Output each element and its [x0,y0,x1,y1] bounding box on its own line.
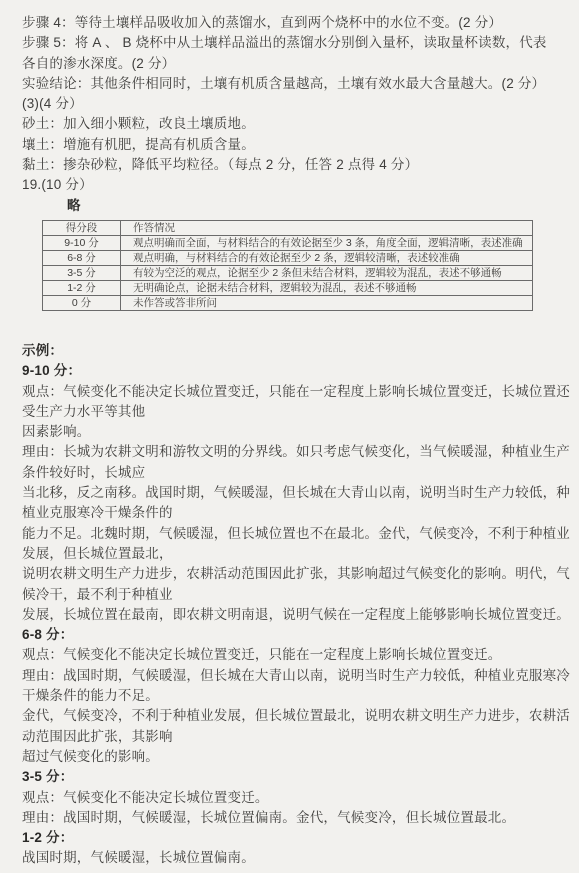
text-line: 壤土：增施有机肥，提高有机质含量。 [22,135,565,155]
text-line: 发展，但长城位置最北， [22,544,565,564]
text-line: 能力不足。北魏时期，气候暖湿，但长城位置也不在最北。金代，气候变冷，不利于种植业 [22,524,565,544]
text-line: 条件较好时，长城应 [22,463,565,483]
text-line: 发展，长城位置在最南，即农耕文明南退，说明气候在一定程度上能够影响长城位置变迁。 [22,605,565,625]
table-header-score-band: 得分段 [43,220,121,235]
table-header-answer-description: 作答情况 [121,220,533,235]
text-line: 受生产力水平等其他 [22,402,565,422]
text-line: 观点：气候变化不能决定长城位置变迁，只能在一定程度上影响长城位置变迁，长城位置还 [22,382,565,402]
table-cell-score-band: 9-10 分 [43,235,121,250]
text-line: 各自的渗水深度。(2 分） [22,54,565,74]
text-line: 示例： [22,341,565,361]
document-page: 步骤 4：等待土壤样品吸收加入的蒸馏水，直到两个烧杯中的水位不变。(2 分）步骤… [0,0,579,873]
text-line: 砂土：加入细小颗粒，改良土壤质地。 [22,114,565,134]
text-line: 理由：长城为农耕文明和游牧文明的分界线。如只考虑气候变化，当气候暖湿，种植业生产 [22,442,565,462]
table-cell-answer-description: 未作答或答非所问 [121,295,533,310]
text-line: 观点：气候变化不能决定长城位置变迁，只能在一定程度上影响长城位置变迁。 [22,645,565,665]
text-line: 1-2 分： [22,828,565,848]
text-line: (3)(4 分） [22,94,565,114]
text-line: 干燥条件的能力不足。 [22,686,565,706]
table-cell-answer-description: 观点明确而全面，与材料结合的有效论据至少 3 条，角度全面，逻辑清晰，表述准确 [121,235,533,250]
text-line: 观点：气候变化不能决定长城位置变迁。 [22,788,565,808]
example-answers-lines: 示例：9-10 分：观点：气候变化不能决定长城位置变迁，只能在一定程度上影响长城… [22,341,565,869]
scoring-rubric-body: 9-10 分观点明确而全面，与材料结合的有效论据至少 3 条，角度全面，逻辑清晰… [43,235,533,310]
table-cell-answer-description: 无明确论点，论据未结合材料，逻辑较为混乱，表述不够通畅 [121,280,533,295]
table-row: 1-2 分无明确论点，论据未结合材料，逻辑较为混乱，表述不够通畅 [43,280,533,295]
text-line: 黏土：掺杂砂粒，降低平均粒径。（每点 2 分，任答 2 点得 4 分） [22,155,565,175]
text-line: 超过气候变化的影响。 [22,747,565,767]
text-line: 步骤 4：等待土壤样品吸收加入的蒸馏水，直到两个烧杯中的水位不变。(2 分） [22,13,565,33]
table-row: 3-5 分有较为空泛的观点，论据至少 2 条但未结合材料，逻辑较为混乱，表述不够… [43,265,533,280]
text-line: 战国时期，气候暖湿，长城位置偏南。 [22,848,565,868]
text-line: 当北移，反之南移。战国时期，气候暖湿，但长城在大青山以南，说明当时生产力较低，种 [22,483,565,503]
text-line: 6-8 分： [22,625,565,645]
answer-key-top-lines: 步骤 4：等待土壤样品吸收加入的蒸馏水，直到两个烧杯中的水位不变。(2 分）步骤… [22,13,565,216]
table-cell-score-band: 1-2 分 [43,280,121,295]
text-line: 步骤 5：将 A 、 B 烧杯中从土壤样品溢出的蒸馏水分别倒入量杯，读取量杯读数… [22,33,565,53]
table-row: 0 分未作答或答非所问 [43,295,533,310]
table-cell-answer-description: 有较为空泛的观点，论据至少 2 条但未结合材料，逻辑较为混乱，表述不够通畅 [121,265,533,280]
text-line: 19.(10 分） [22,175,565,195]
table-cell-score-band: 6-8 分 [43,250,121,265]
text-line: 因素影响。 [22,422,565,442]
text-line: 9-10 分： [22,361,565,381]
text-line: 动范围因此扩张，其影响 [22,727,565,747]
table-cell-answer-description: 观点明确，与材料结合的有效论据至少 2 条，逻辑较清晰，表述较准确 [121,250,533,265]
table-header-row: 得分段 作答情况 [43,220,533,235]
scoring-rubric-header: 得分段 作答情况 [43,220,533,235]
text-line: 理由：战国时期，气候暖湿，但长城在大青山以南，说明当时生产力较低，种植业克服寒冷 [22,666,565,686]
table-row: 6-8 分观点明确，与材料结合的有效论据至少 2 条，逻辑较清晰，表述较准确 [43,250,533,265]
text-line: 金代，气候变冷，不利于种植业发展，但长城位置最北，说明农耕文明生产力进步，农耕活 [22,706,565,726]
text-line: 候冷干，最不利于种植业 [22,585,565,605]
table-cell-score-band: 0 分 [43,295,121,310]
text-line: 3-5 分： [22,767,565,787]
table-cell-score-band: 3-5 分 [43,265,121,280]
text-line: 略 [22,196,565,216]
scoring-rubric-table: 得分段 作答情况 9-10 分观点明确而全面，与材料结合的有效论据至少 3 条，… [42,220,533,311]
table-row: 9-10 分观点明确而全面，与材料结合的有效论据至少 3 条，角度全面，逻辑清晰… [43,235,533,250]
text-line: 说明农耕文明生产力进步，农耕活动范围因此扩张，其影响超过气候变化的影响。明代，气 [22,564,565,584]
text-line: 理由：战国时期，气候暖湿，长城位置偏南。金代，气候变冷，但长城位置最北。 [22,808,565,828]
text-line: 植业克服寒冷干燥条件的 [22,503,565,523]
text-line: 实验结论：其他条件相同时，土壤有机质含量越高，土壤有效水最大含量越大。(2 分） [22,74,565,94]
